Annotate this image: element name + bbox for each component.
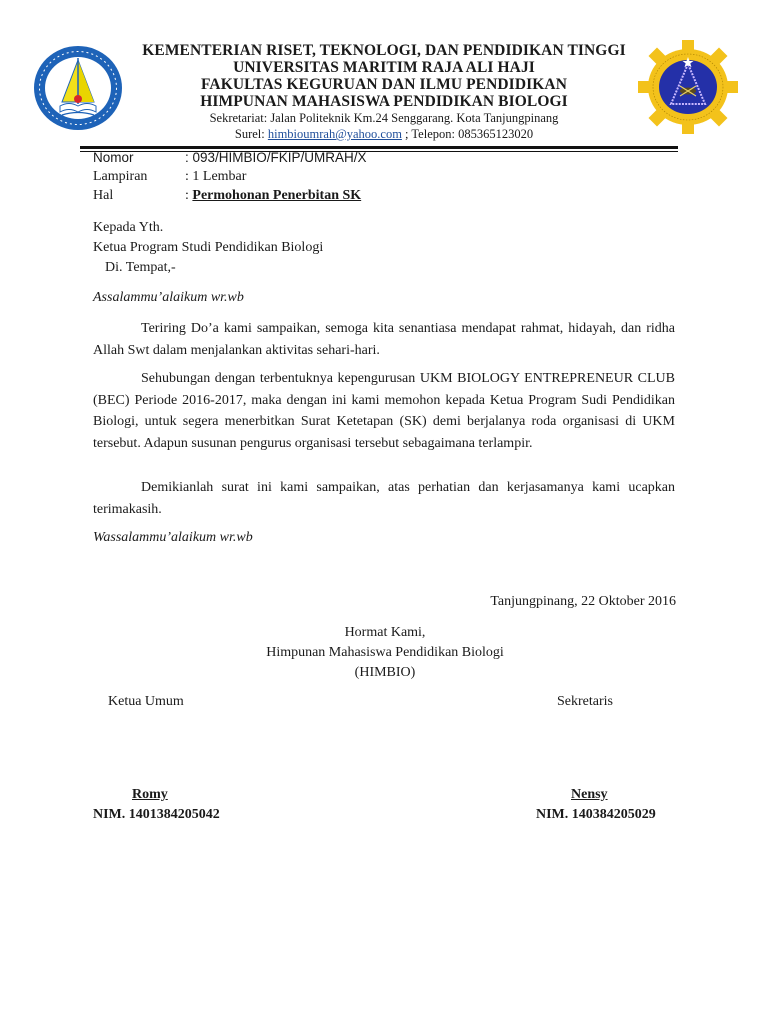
regards: Hormat Kami, [230,623,540,643]
email-link[interactable]: himbioumrah@yahoo.com [268,127,402,141]
letterhead-divider-thin [80,151,678,152]
recipient-line-3: Di. Tempat,- [105,258,176,278]
letterhead-university: UNIVERSITAS MARITIM RAJA ALI HAJI [0,59,768,77]
letterhead-organization: HIMPUNAN MAHASISWA PENDIDIKAN BIOLOGI [0,93,768,111]
regards-block: Hormat Kami, Himpunan Mahasiswa Pendidik… [230,623,540,683]
letterhead-divider-thick [80,146,678,149]
closing: Wassalammu’alaikum wr.wb [93,528,253,548]
hal-value-wrap: : Permohonan Penerbitan SK [185,188,361,204]
nomor-value: : 093/HIMBIO/FKIP/UMRAH/X [185,150,367,165]
paragraph-3: Demikianlah surat ini kami sampaikan, at… [93,477,675,520]
paragraph-2: Sehubungan dengan terbentuknya kepenguru… [93,368,675,454]
phone-text: ; Telepon: 085365123020 [402,127,533,141]
right-signatory-name: Nensy [571,787,608,803]
email-label: Surel: [235,127,268,141]
organization-abbr: (HIMBIO) [230,663,540,683]
lampiran-value: : 1 Lembar [185,169,246,185]
left-signatory-title: Ketua Umum [108,692,184,712]
hal-value: Permohonan Penerbitan SK [192,188,361,203]
hal-label: Hal [93,188,113,204]
right-signatory-title: Sekretaris [557,692,613,712]
letterhead-address: Sekretariat: Jalan Politeknik Km.24 Seng… [0,111,768,126]
letterhead-ministry: KEMENTERIAN RISET, TEKNOLOGI, DAN PENDID… [0,42,768,60]
letterhead-contact: Surel: himbioumrah@yahoo.com ; Telepon: … [0,127,768,142]
recipient-line-1: Kepada Yth. [93,218,163,238]
left-signatory-name: Romy [132,787,168,803]
right-signatory-nim: NIM. 140384205029 [536,807,656,823]
paragraph-1: Teriring Do’a kami sampaikan, semoga kit… [93,318,675,361]
greeting: Assalammu’alaikum wr.wb [93,288,244,308]
letterhead-faculty: FAKULTAS KEGURUAN DAN ILMU PENDIDIKAN [0,76,768,94]
recipient-line-2: Ketua Program Studi Pendidikan Biologi [93,238,323,258]
place-date: Tanjungpinang, 22 Oktober 2016 [490,592,676,612]
nomor-label: Nomor [93,150,134,165]
organization-name: Himpunan Mahasiswa Pendidikan Biologi [230,643,540,663]
left-signatory-nim: NIM. 1401384205042 [93,807,220,823]
lampiran-label: Lampiran [93,169,147,185]
